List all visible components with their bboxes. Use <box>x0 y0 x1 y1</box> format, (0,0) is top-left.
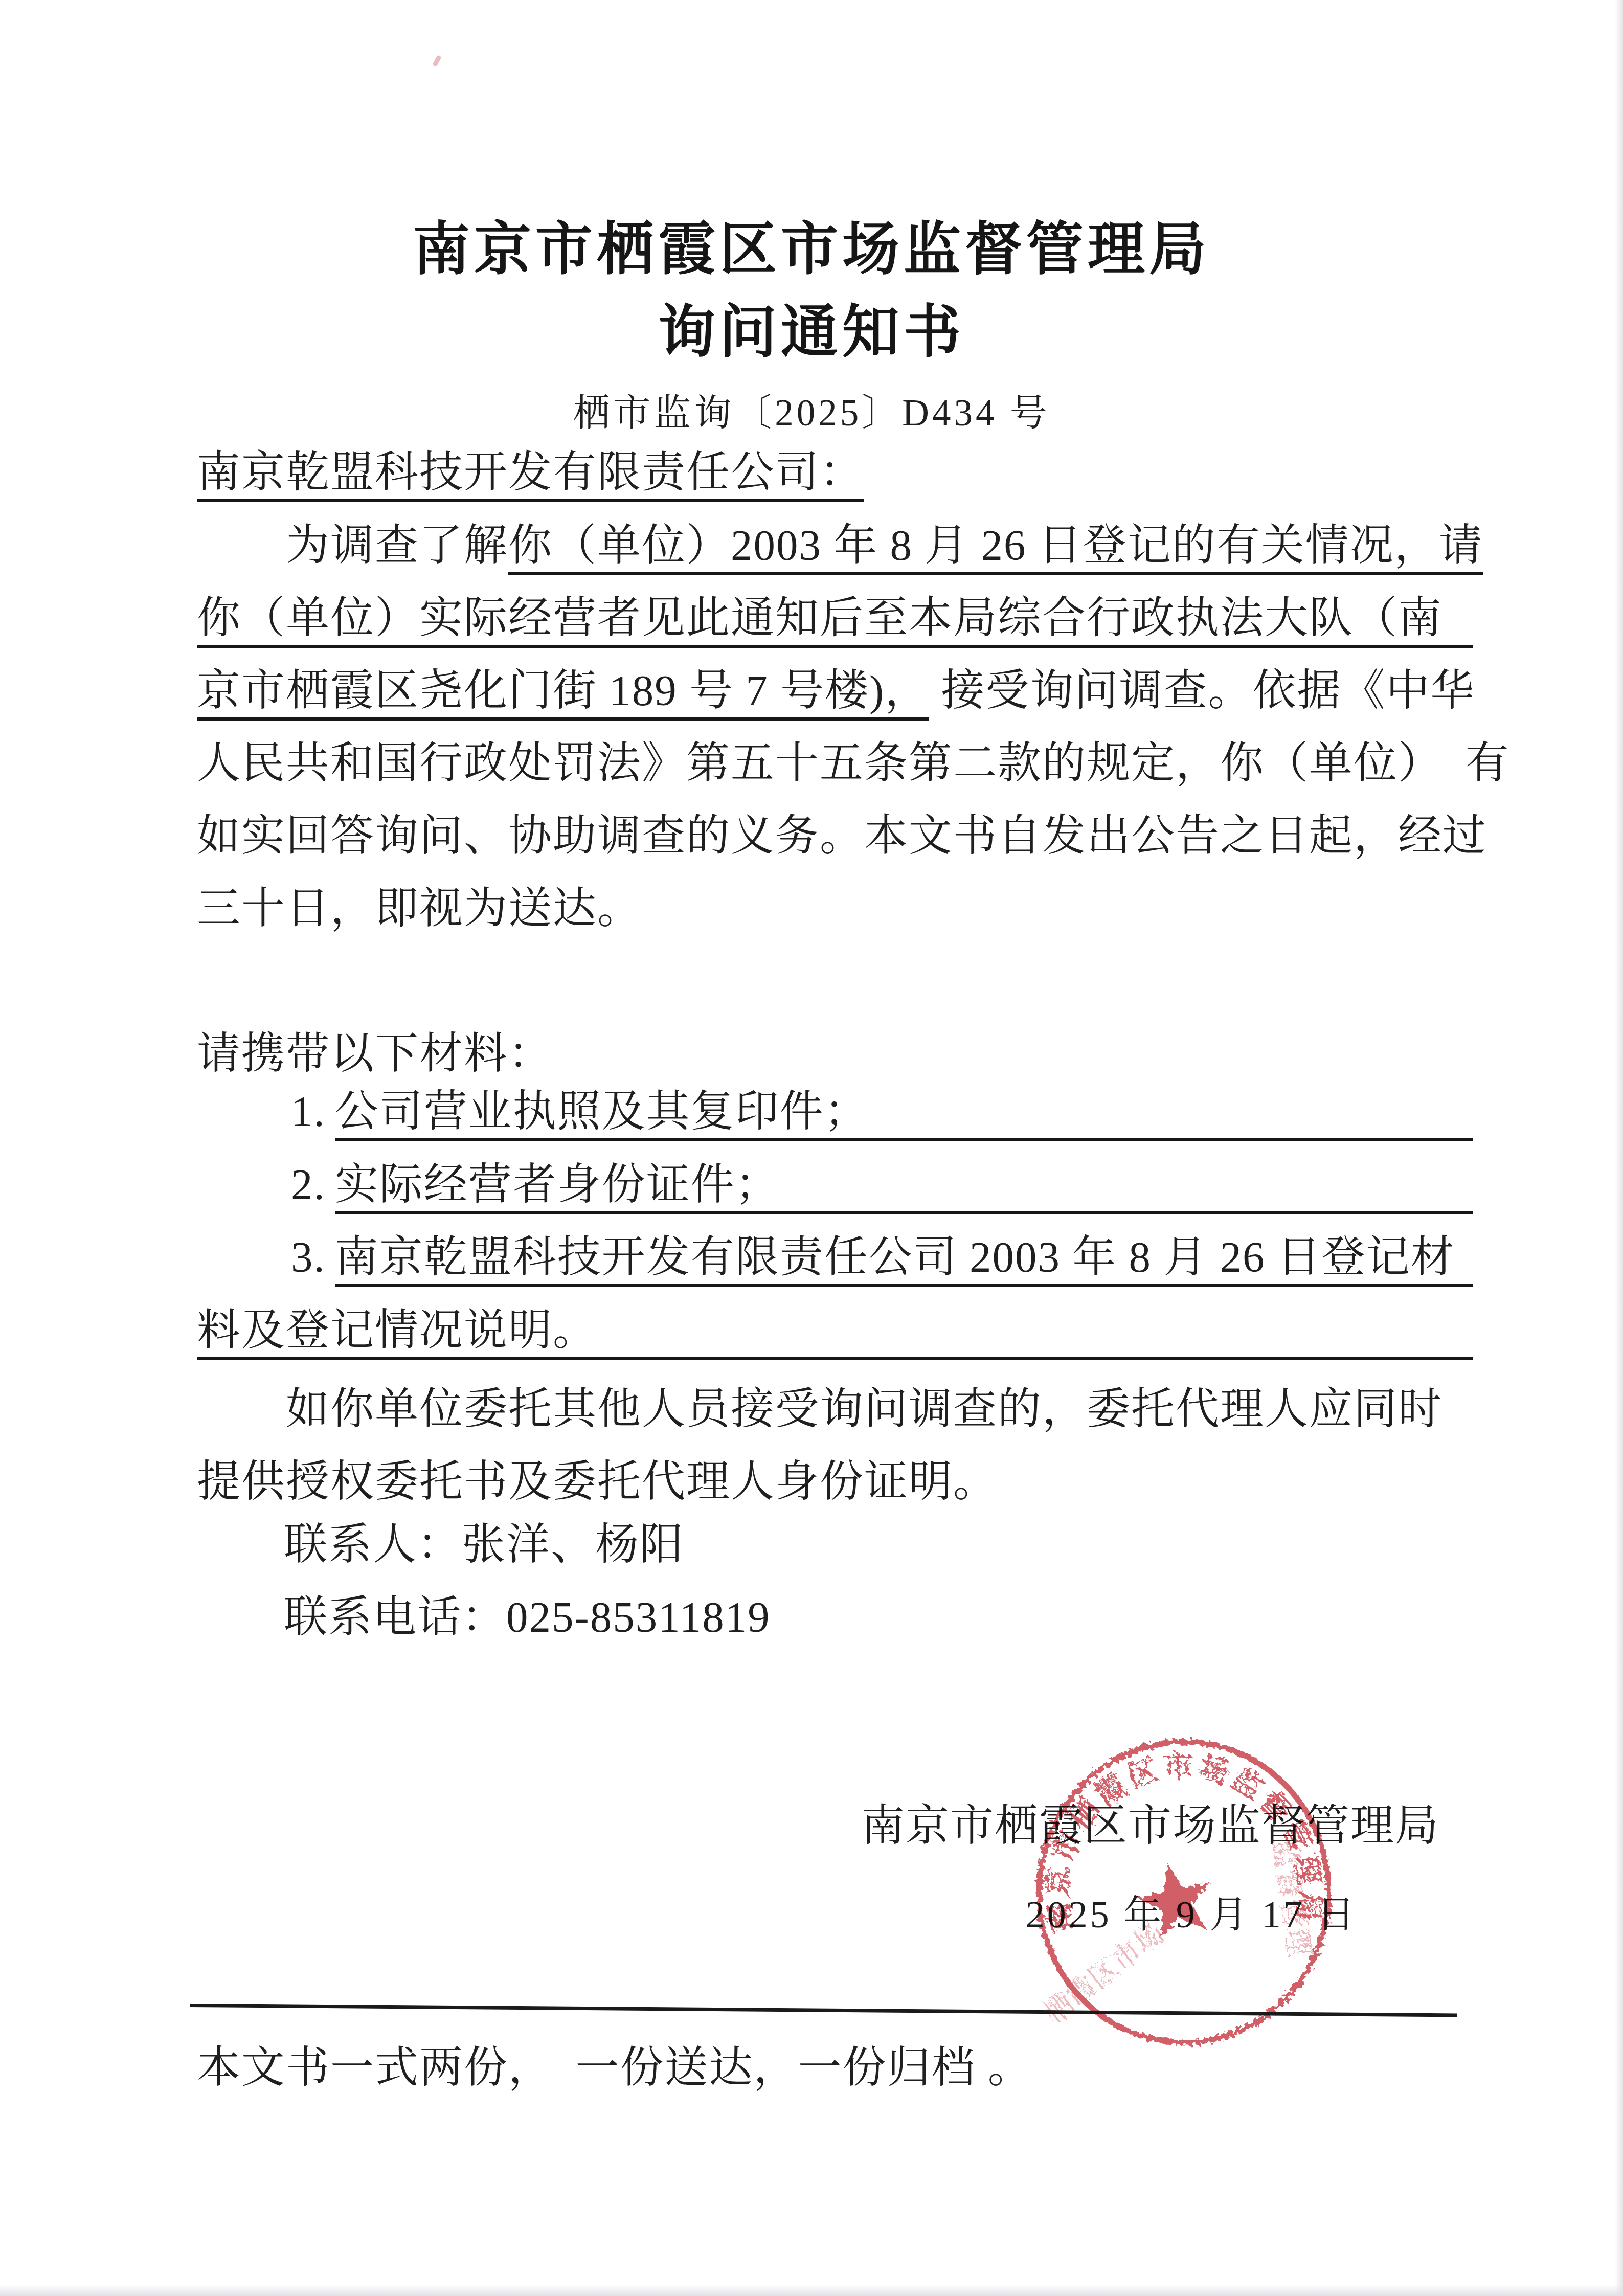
addressee-line: 南京乾盟科技开发有限责任公司： <box>197 448 1473 502</box>
para2-line1: 如你单位委托其他人员接受询问调查的，委托代理人应同时 <box>197 1385 1473 1439</box>
document-number: 栖市监询〔2025〕D434 号 <box>0 382 1623 436</box>
item-number: 2. <box>291 1160 326 1214</box>
para1-line1-underlined: 你（单位）2003 年 8 月 26 日登记的有关情况，请 <box>508 521 1483 575</box>
underline-filler <box>869 1087 1473 1141</box>
material-item-2: 2.实际经营者身份证件； <box>291 1160 1473 1214</box>
para2-line2: 提供授权委托书及委托代理人身份证明。 <box>197 1457 1473 1512</box>
material-item-3-continuation: 料及登记情况说明。 <box>197 1306 1473 1360</box>
materials-heading: 请携带以下材料： <box>197 1029 553 1084</box>
underline-filler <box>780 1160 1473 1214</box>
para1-line4-text: 人民共和国行政处罚法》第五十五条第二款的规定，你（单位） 有 <box>197 739 1510 793</box>
para2-line2-text: 提供授权委托书及委托代理人身份证明。 <box>197 1457 998 1512</box>
red-ink-speck <box>432 55 441 67</box>
footer-note: 本文书一式两份， 一份送达，一份归档 。 <box>197 2043 1032 2092</box>
underline-filler <box>597 1306 1473 1360</box>
para1-line6-text: 三十日，即视为送达。 <box>197 884 642 938</box>
contact-person-line: 联系人：张洋、杨阳 <box>284 1520 1560 1574</box>
contact-person: 联系人：张洋、杨阳 <box>284 1520 684 1574</box>
issuing-authority: 南京市栖霞区市场监督管理局 <box>861 1802 1439 1851</box>
item-number: 1. <box>291 1087 326 1141</box>
materials-heading-line: 请携带以下材料： <box>197 1029 1473 1084</box>
para2-line1-text: 如你单位委托其他人员接受询问调查的，委托代理人应同时 <box>197 1385 1442 1439</box>
agency-title: 南京市栖霞区市场监督管理局 <box>0 204 1623 286</box>
para1-line2: 你（单位）实际经营者见此通知后至本局综合行政执法大队（南 <box>197 594 1473 648</box>
addressee: 南京乾盟科技开发有限责任公司： <box>197 448 864 502</box>
item-text: 公司营业执照及其复印件； <box>335 1087 869 1141</box>
para1-line3: 京市栖霞区尧化门街 189 号 7 号楼)， 接受询问调查。依据《中华 <box>197 666 1473 721</box>
para1-line1-lead: 为调查了解 <box>197 521 508 575</box>
footer-separator-line <box>190 2004 1457 2017</box>
item-text-cont: 料及登记情况说明。 <box>197 1306 597 1360</box>
item-text: 南京乾盟科技开发有限责任公司 2003 年 8 月 26 日登记材 <box>335 1233 1455 1287</box>
material-item-1: 1.公司营业执照及其复印件； <box>291 1087 1473 1141</box>
para1-line1: 为调查了解你（单位）2003 年 8 月 26 日登记的有关情况，请 <box>197 521 1473 575</box>
contact-phone-line: 联系电话：025-85311819 <box>284 1593 1560 1647</box>
contact-phone: 联系电话：025-85311819 <box>284 1593 771 1647</box>
scan-edge-bottom <box>0 2285 1623 2296</box>
issue-date: 2025 年 9 月 17 日 <box>1002 1892 1381 1938</box>
notice-title: 询问通知书 <box>0 286 1623 369</box>
para1-line3-underlined: 京市栖霞区尧化门街 189 号 7 号楼)， <box>197 666 929 721</box>
para1-line3-rest: 接受询问调查。依据《中华 <box>929 666 1475 721</box>
underline-filler <box>1455 1233 1473 1287</box>
para1-line5-text: 如实回答询问、协助调查的义务。本文书自发出公告之日起，经过 <box>197 812 1487 866</box>
para1-line5: 如实回答询问、协助调查的义务。本文书自发出公告之日起，经过 <box>197 812 1473 866</box>
underline-filler <box>1442 594 1473 648</box>
item-text: 实际经营者身份证件； <box>335 1160 780 1214</box>
para1-line2-underlined: 你（单位）实际经营者见此通知后至本局综合行政执法大队（南 <box>197 594 1442 648</box>
item-number: 3. <box>291 1233 326 1287</box>
scanned-notice-page: 南京市栖霞区市场监督管理局 询问通知书 栖市监询〔2025〕D434 号 南京乾… <box>0 0 1623 2296</box>
material-item-3: 3.南京乾盟科技开发有限责任公司 2003 年 8 月 26 日登记材 <box>291 1233 1473 1287</box>
para1-line6: 三十日，即视为送达。 <box>197 884 1473 938</box>
para1-line4: 人民共和国行政处罚法》第五十五条第二款的规定，你（单位） 有 <box>197 739 1473 793</box>
